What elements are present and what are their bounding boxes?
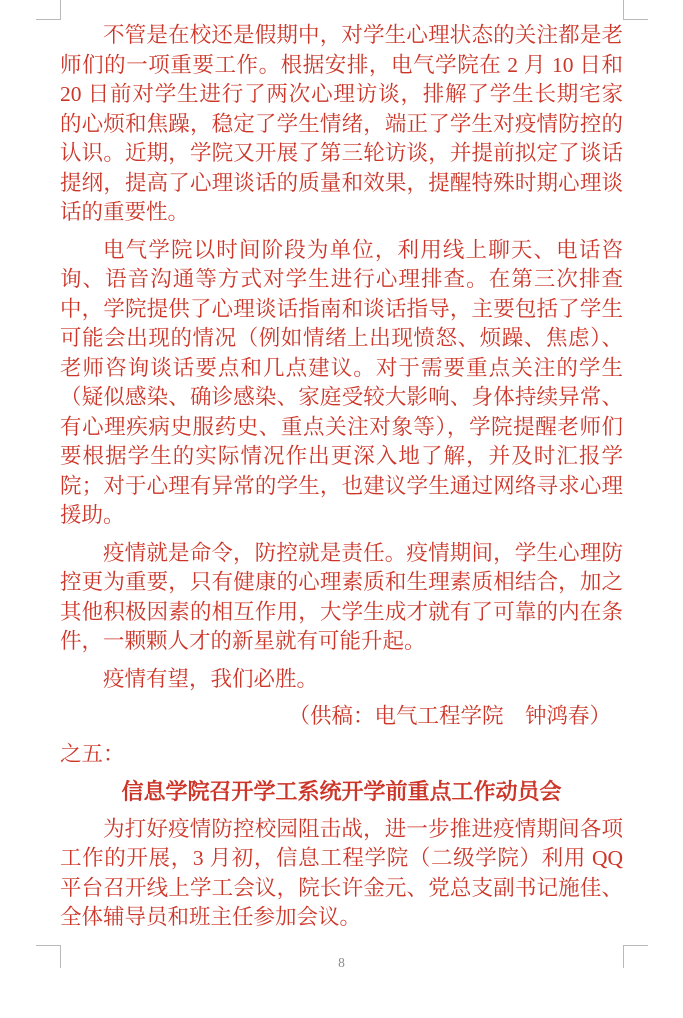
- document-page: 不管是在校还是假期中，对学生心理状态的关注都是老师们的一项重要工作。根据安排，电…: [0, 0, 683, 1018]
- text-boundary-mark-top-right: [623, 0, 648, 20]
- article2-heading: 信息学院召开学工系统开学前重点工作动员会: [60, 777, 623, 807]
- article1-attribution: （供稿：电气工程学院 钟鸿春）: [60, 702, 623, 732]
- article1-paragraph-3: 疫情就是命令，防控就是责任。疫情期间，学生心理防控更为重要，只有健康的心理素质和…: [60, 539, 623, 657]
- text-boundary-mark-top-left: [36, 0, 61, 20]
- article1-paragraph-2: 电气学院以时间阶段为单位，利用线上聊天、电话咨询、语音沟通等方式对学生进行心理排…: [60, 236, 623, 531]
- document-body: 不管是在校还是假期中，对学生心理状态的关注都是老师们的一项重要工作。根据安排，电…: [60, 21, 623, 933]
- article2-paragraph-1: 为打好疫情防控校园阻击战，进一步推进疫情期间各项工作的开展，3 月初，信息工程学…: [60, 815, 623, 933]
- page-number: 8: [0, 954, 683, 972]
- article1-paragraph-4: 疫情有望，我们必胜。: [60, 665, 623, 695]
- article1-paragraph-1: 不管是在校还是假期中，对学生心理状态的关注都是老师们的一项重要工作。根据安排，电…: [60, 21, 623, 228]
- article2-section-label: 之五：: [60, 740, 623, 770]
